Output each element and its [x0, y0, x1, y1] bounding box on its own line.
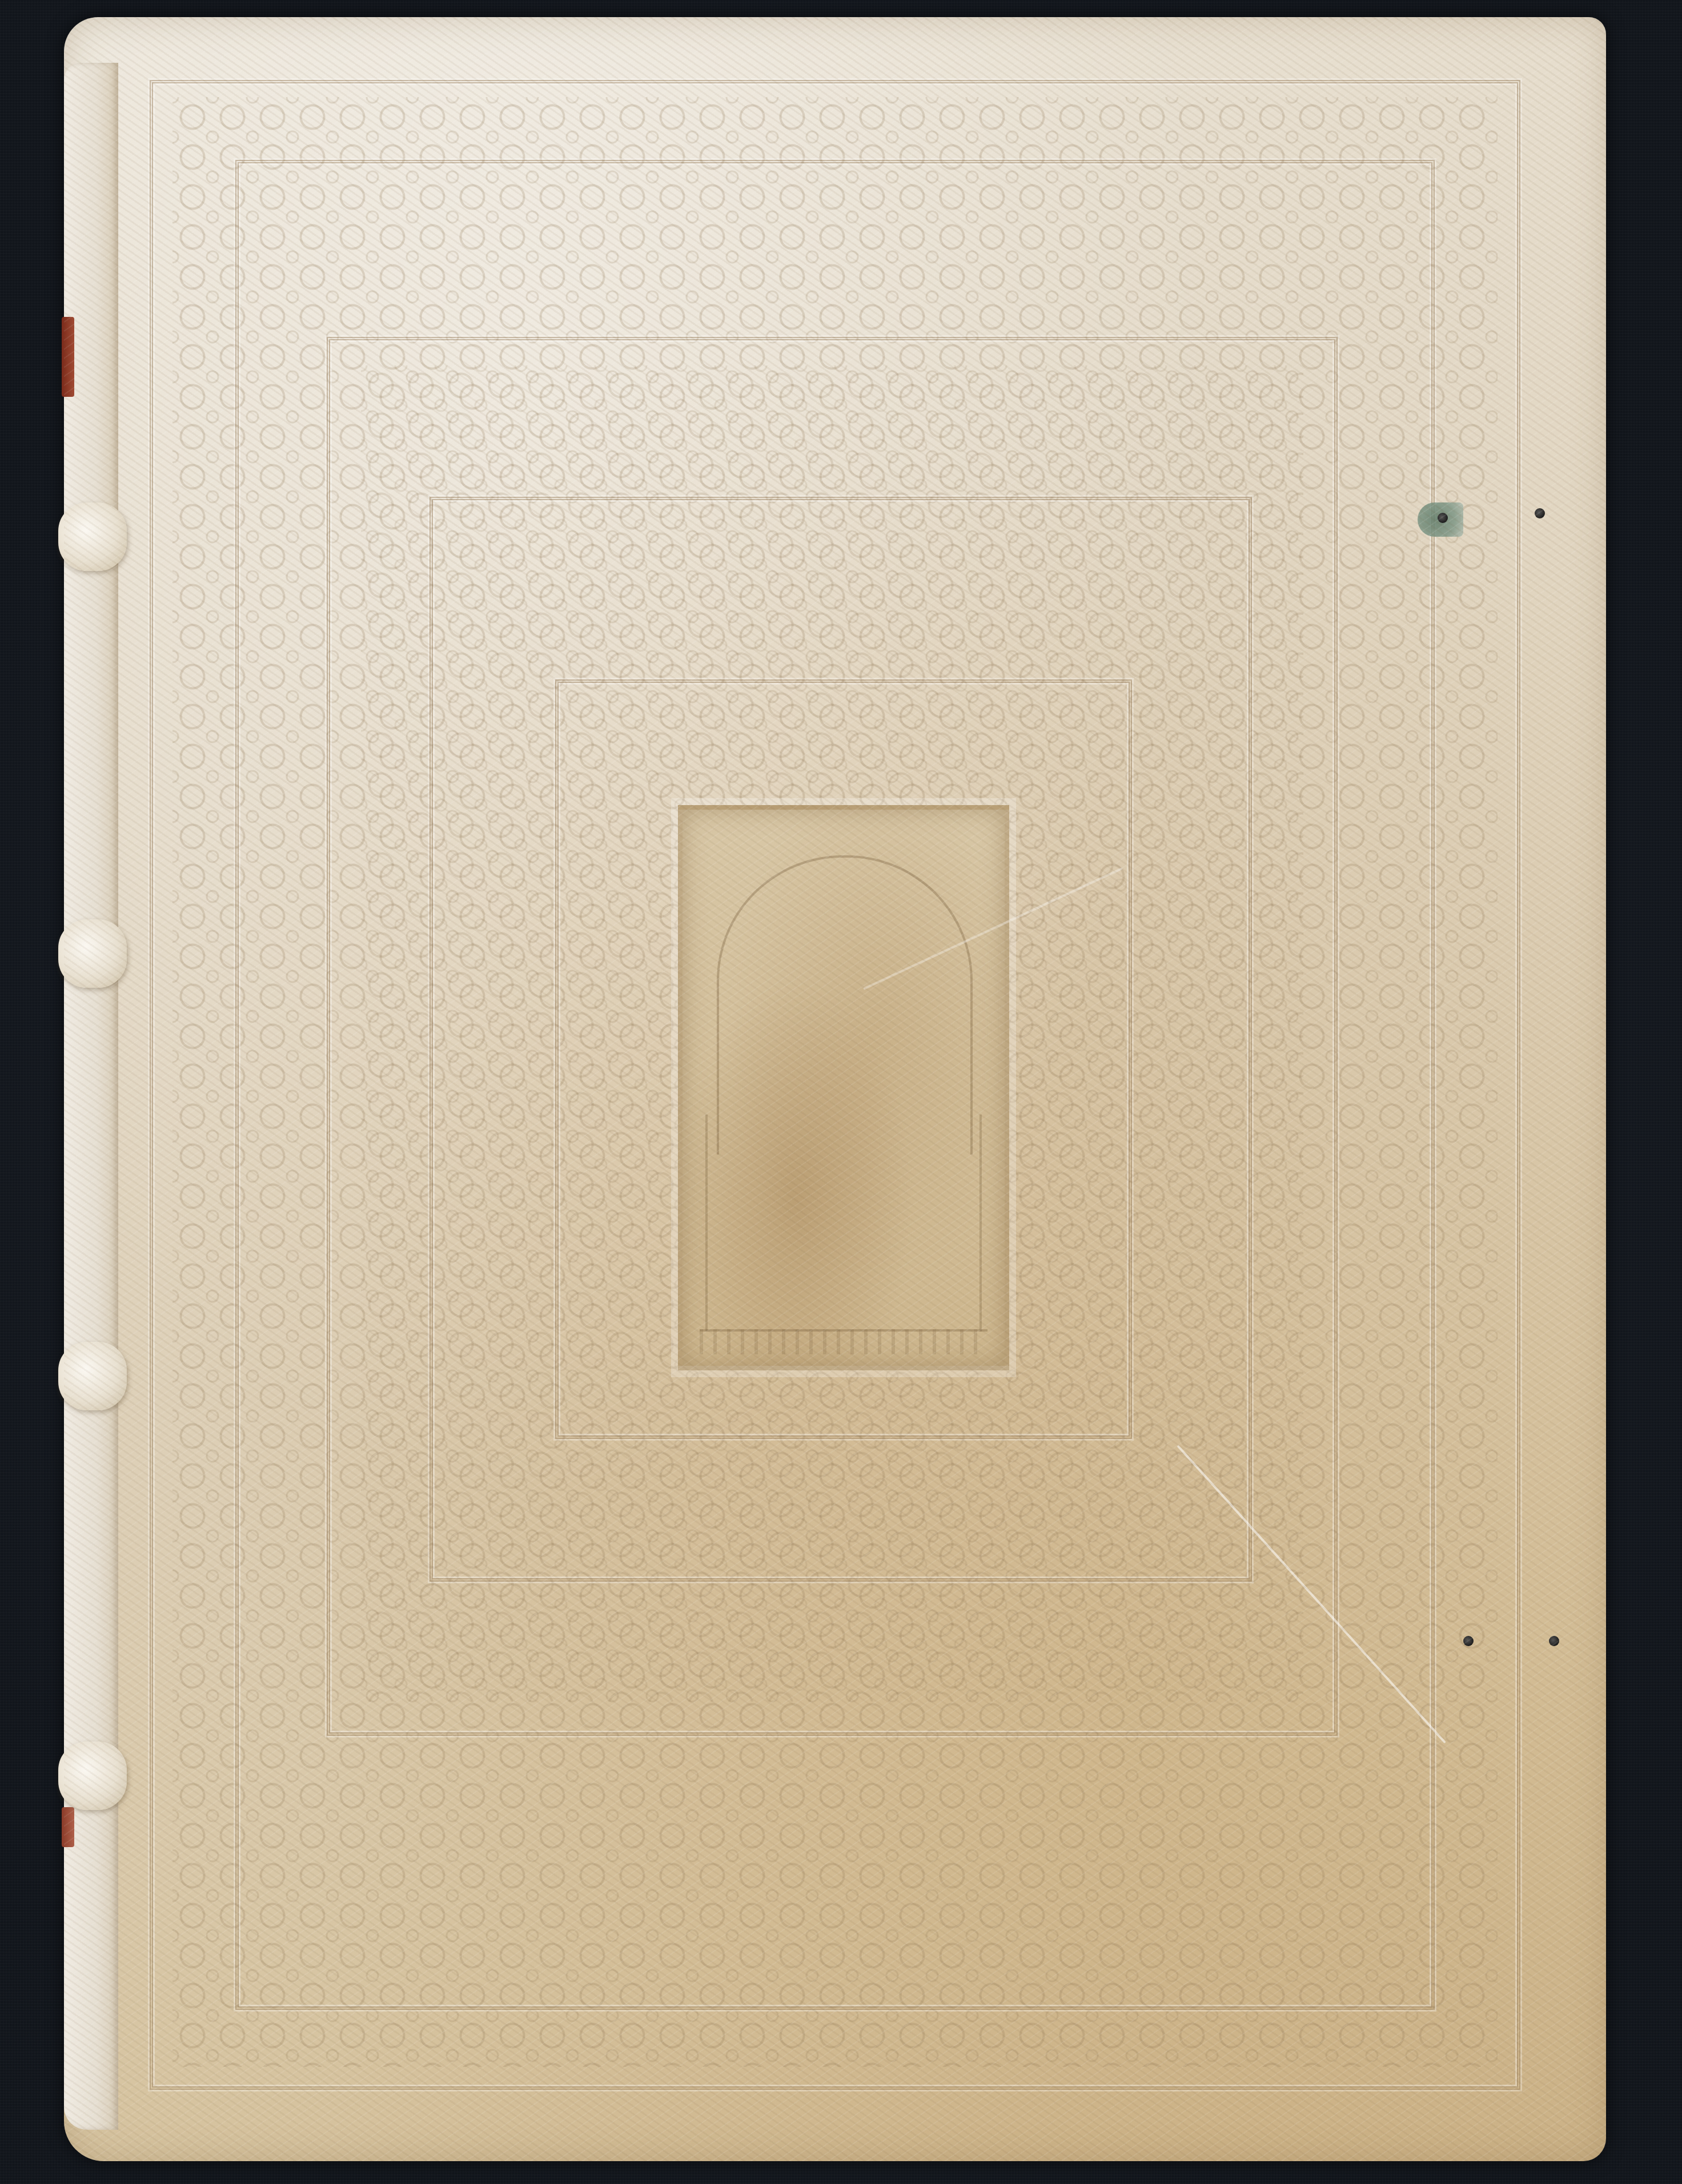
spine-band-1 — [58, 502, 127, 571]
upper-clasp-nail — [1438, 513, 1448, 523]
panel-columns-motif — [705, 1115, 982, 1332]
red-spine-label-fragment — [62, 317, 74, 397]
panel-arch-motif — [717, 855, 973, 1155]
upper-clasp-nail-2 — [1535, 508, 1545, 518]
spine-band-2 — [58, 919, 127, 988]
lower-clasp-nail — [1463, 1636, 1474, 1646]
spine-band-4 — [58, 1741, 127, 1810]
central-panel-stamp — [678, 805, 1009, 1370]
panel-base-frieze — [700, 1329, 987, 1354]
vellum-book-cover — [64, 17, 1606, 2161]
red-spine-label-fragment-lower — [62, 1807, 74, 1847]
spine-edge — [64, 63, 118, 2130]
lower-clasp-nail-2 — [1549, 1636, 1559, 1646]
spine-band-3 — [58, 1342, 127, 1410]
